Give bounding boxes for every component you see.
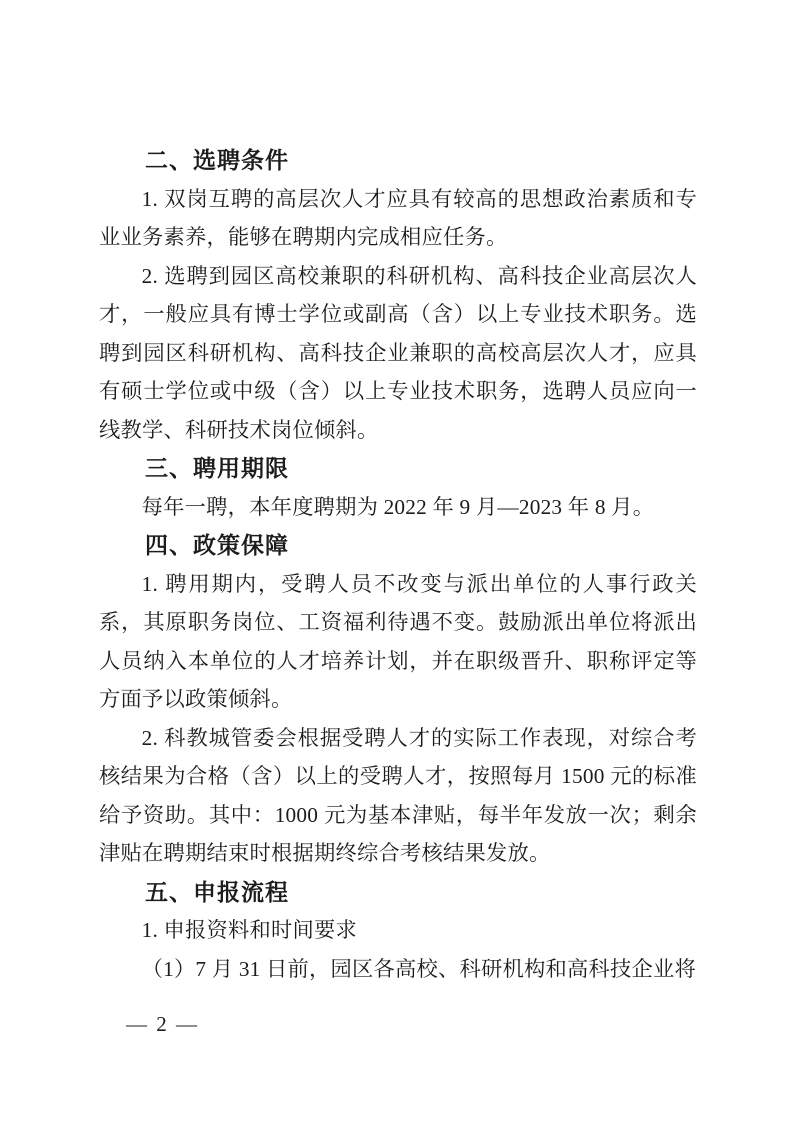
document-body: 二、选聘条件 1. 双岗互聘的高层次人才应具有较高的思想政治素质和专业业务素养，…: [99, 141, 697, 988]
section-3-paragraph-1: 每年一聘，本年度聘期为 2022 年 9 月—2023 年 8 月。: [99, 488, 697, 527]
section-2-heading-selection-criteria: 二、选聘条件: [99, 141, 697, 180]
section-5-paragraph-2: （1）7 月 31 日前，园区各高校、科研机构和高科技企业将: [99, 950, 697, 989]
section-5-heading-application-process: 五、申报流程: [99, 873, 697, 912]
section-5-paragraph-1: 1. 申报资料和时间要求: [99, 911, 697, 950]
section-3-heading-employment-term: 三、聘用期限: [99, 449, 697, 488]
document-page: 二、选聘条件 1. 双岗互聘的高层次人才应具有较高的思想政治素质和专业业务素养，…: [0, 0, 793, 1121]
section-4-paragraph-1: 1. 聘用期内，受聘人员不改变与派出单位的人事行政关系，其原职务岗位、工资福利待…: [99, 565, 697, 719]
section-2-paragraph-2: 2. 选聘到园区高校兼职的科研机构、高科技企业高层次人才，一般应具有博士学位或副…: [99, 257, 697, 450]
section-2-paragraph-1: 1. 双岗互聘的高层次人才应具有较高的思想政治素质和专业业务素养，能够在聘期内完…: [99, 180, 697, 257]
section-4-paragraph-2: 2. 科教城管委会根据受聘人才的实际工作表现，对综合考核结果为合格（含）以上的受…: [99, 719, 697, 873]
page-footer: — 2 —: [126, 1008, 199, 1040]
section-4-heading-policy-guarantee: 四、政策保障: [99, 526, 697, 565]
page-number: — 2 —: [126, 1012, 199, 1036]
